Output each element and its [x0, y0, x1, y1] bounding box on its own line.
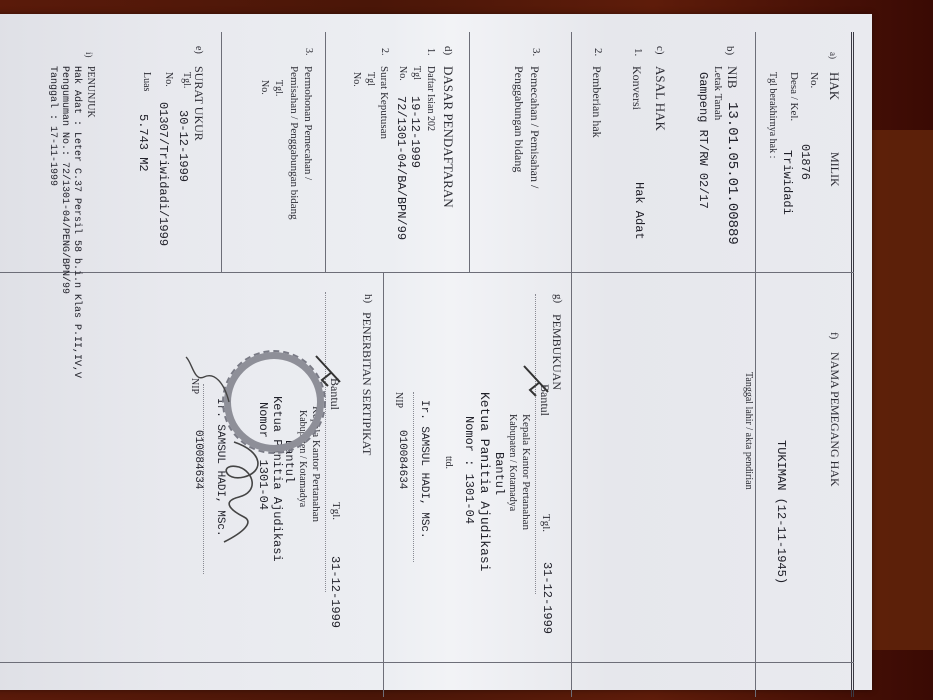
pembukuan-tgl-label: Tgl.	[540, 514, 552, 532]
handwritten-signature-icon	[204, 432, 274, 552]
no-label: No.	[808, 72, 820, 88]
letak-tanah-label: Letak Tanah	[712, 66, 724, 120]
pembukuan-dotted-line	[535, 294, 536, 594]
penerbitan-date: 31-12-1999	[328, 556, 342, 628]
section-a-label: a)	[828, 52, 838, 59]
surat-ukur-no-value: 01307/Triwidadi/1999	[156, 102, 170, 246]
divider-c-d	[469, 32, 470, 272]
certificate-sheet: a) HAK MILIK No. 01876 Desa / Kel. Triwi…	[0, 32, 854, 697]
dasar-item-3-label: Permohonan Pemecahan /	[302, 66, 314, 180]
desa-value: Triwidadi	[780, 150, 794, 215]
penunjuk-line-2: Pengumuman No.: 72/1301-04/PENG/BPN/99	[59, 66, 70, 294]
section-a-title: HAK	[826, 72, 842, 100]
pembukuan-committee: Ketua Panitia Ajudikasi	[477, 392, 492, 571]
penunjuk-line-3: Tanggal : 17-11-1999	[47, 66, 58, 186]
dasar-item-2-tgl-label: Tgl	[365, 72, 376, 86]
letak-tanah-value: Gampeng RT/RW 02/17	[696, 72, 710, 209]
section-e-label: e)	[193, 46, 204, 54]
divider-d-e	[325, 32, 326, 272]
certificate-page: a) HAK MILIK No. 01876 Desa / Kel. Triwi…	[0, 14, 872, 690]
stamp-signature-stroke-icon	[184, 352, 234, 412]
asal-item-3-label: Pemecahan / Pemisahan /	[527, 66, 542, 188]
table-surface	[863, 130, 933, 650]
asal-item-2-num: 2.	[592, 48, 604, 56]
right-border	[0, 662, 854, 663]
holder-name: TUKIMAN (12-11-1945)	[774, 440, 788, 584]
pembukuan-nip: 010084634	[396, 430, 408, 489]
asal-item-3-label2: Penggabungan bidang	[511, 66, 526, 172]
dasar-item-2-label: Surat Keputusan	[378, 66, 390, 139]
asal-item-1-value: Hak Adat	[632, 182, 646, 240]
pembukuan-nomor: Nomor : 1301-04	[462, 416, 476, 524]
asal-item-2-label: Pemberian hak	[589, 66, 604, 138]
dasar-item-1-tgl-label: Tgl	[411, 66, 422, 80]
divider-a-b	[755, 32, 756, 697]
desa-label: Desa / Kel.	[788, 72, 800, 121]
section-i-label: i)	[84, 52, 94, 58]
divider-e-i	[221, 32, 222, 272]
pembukuan-nip-line	[413, 392, 414, 562]
pembukuan-date: 31-12-1999	[540, 562, 554, 634]
asal-item-1-label: Konversi	[629, 66, 644, 110]
luas-label: Luas	[141, 72, 152, 91]
dasar-item-2-num: 2.	[379, 48, 390, 56]
section-g-label: g)	[552, 294, 564, 303]
section-d-label: d)	[442, 46, 454, 55]
dasar-item-1-num: 1.	[425, 48, 436, 56]
section-i-title: PENUNJUK	[85, 66, 96, 118]
dasar-item-1-no-value: 72/1301-04/BA/BPN/99	[394, 96, 408, 240]
asal-item-1-num: 1.	[632, 48, 644, 56]
hak-number: 01876	[798, 144, 812, 180]
center-divider	[0, 272, 854, 273]
section-d-title: DASAR PENDAFTARAN	[440, 66, 456, 208]
surat-ukur-tgl-value: 30-12-1999	[176, 110, 190, 182]
section-b-label: b)	[724, 46, 736, 55]
top-double-border	[851, 32, 854, 697]
dasar-item-3-no-label: No.	[259, 80, 270, 95]
section-e-title: SURAT UKUR	[191, 66, 206, 141]
section-h-title: PENERBITAN SERTIPIKAT	[359, 312, 374, 455]
nib-value: 13.01.05.01.00889	[724, 102, 740, 245]
surat-ukur-tgl-label: Tgl.	[181, 72, 192, 88]
penunjuk-line-1: Hak Adat : Leter C.37 Persil 58 b.i.n Kl…	[71, 66, 82, 378]
initial-signature-2-icon	[306, 352, 346, 392]
dasar-item-2-no-label: No.	[351, 72, 362, 87]
dasar-item-3-num: 3.	[303, 48, 314, 56]
divider-f-g	[571, 272, 572, 697]
tgl-berakhir-label: Tgl berakhirnya hak :	[767, 72, 778, 158]
dasar-item-1-no-label: No.	[397, 66, 408, 81]
divider-g-h	[383, 272, 384, 697]
asal-item-3-num: 3.	[530, 48, 542, 56]
pembukuan-office-3: Bantul	[492, 452, 506, 495]
penerbitan-dotted-line	[325, 292, 326, 592]
pembukuan-nip-label: NIP	[393, 392, 404, 408]
hak-type: MILIK	[827, 152, 842, 187]
section-f-label: f)	[828, 332, 840, 339]
initial-signature-icon	[514, 362, 554, 402]
tgl-lahir-label: Tanggal lahir / akta pendirian	[743, 372, 754, 490]
penerbitan-nip: 010084634	[192, 430, 204, 489]
pembukuan-ttd: ttd.	[443, 456, 454, 469]
divider-b-c	[571, 32, 572, 272]
pembukuan-office-2: Kabupaten / Kotamadya	[507, 414, 518, 511]
pembukuan-official: Ir. SAMSUL HADI, MSc.	[418, 400, 430, 539]
nib-label: NIB	[724, 66, 740, 88]
section-f-title: NAMA PEMEGANG HAK	[827, 352, 842, 487]
dasar-item-3-tgl-label: Tgl.	[273, 80, 284, 96]
pembukuan-office-1: Kepala Kantor Pertanahan	[520, 414, 532, 530]
surat-ukur-no-label: No.	[163, 72, 174, 87]
dasar-item-1-tgl-value: 19-12-1999	[408, 96, 422, 168]
section-c-label: c)	[654, 46, 666, 55]
section-h-label: h)	[362, 294, 374, 303]
luas-value: 5.743 M2	[136, 114, 150, 172]
dasar-item-3-label2: Pemisahan / Penggabungan bidang	[288, 66, 300, 220]
section-c-title: ASAL HAK	[652, 66, 668, 131]
penerbitan-tgl-label: Tgl.	[330, 502, 342, 520]
dasar-item-1-label: Daftar Isian 202	[425, 66, 436, 131]
